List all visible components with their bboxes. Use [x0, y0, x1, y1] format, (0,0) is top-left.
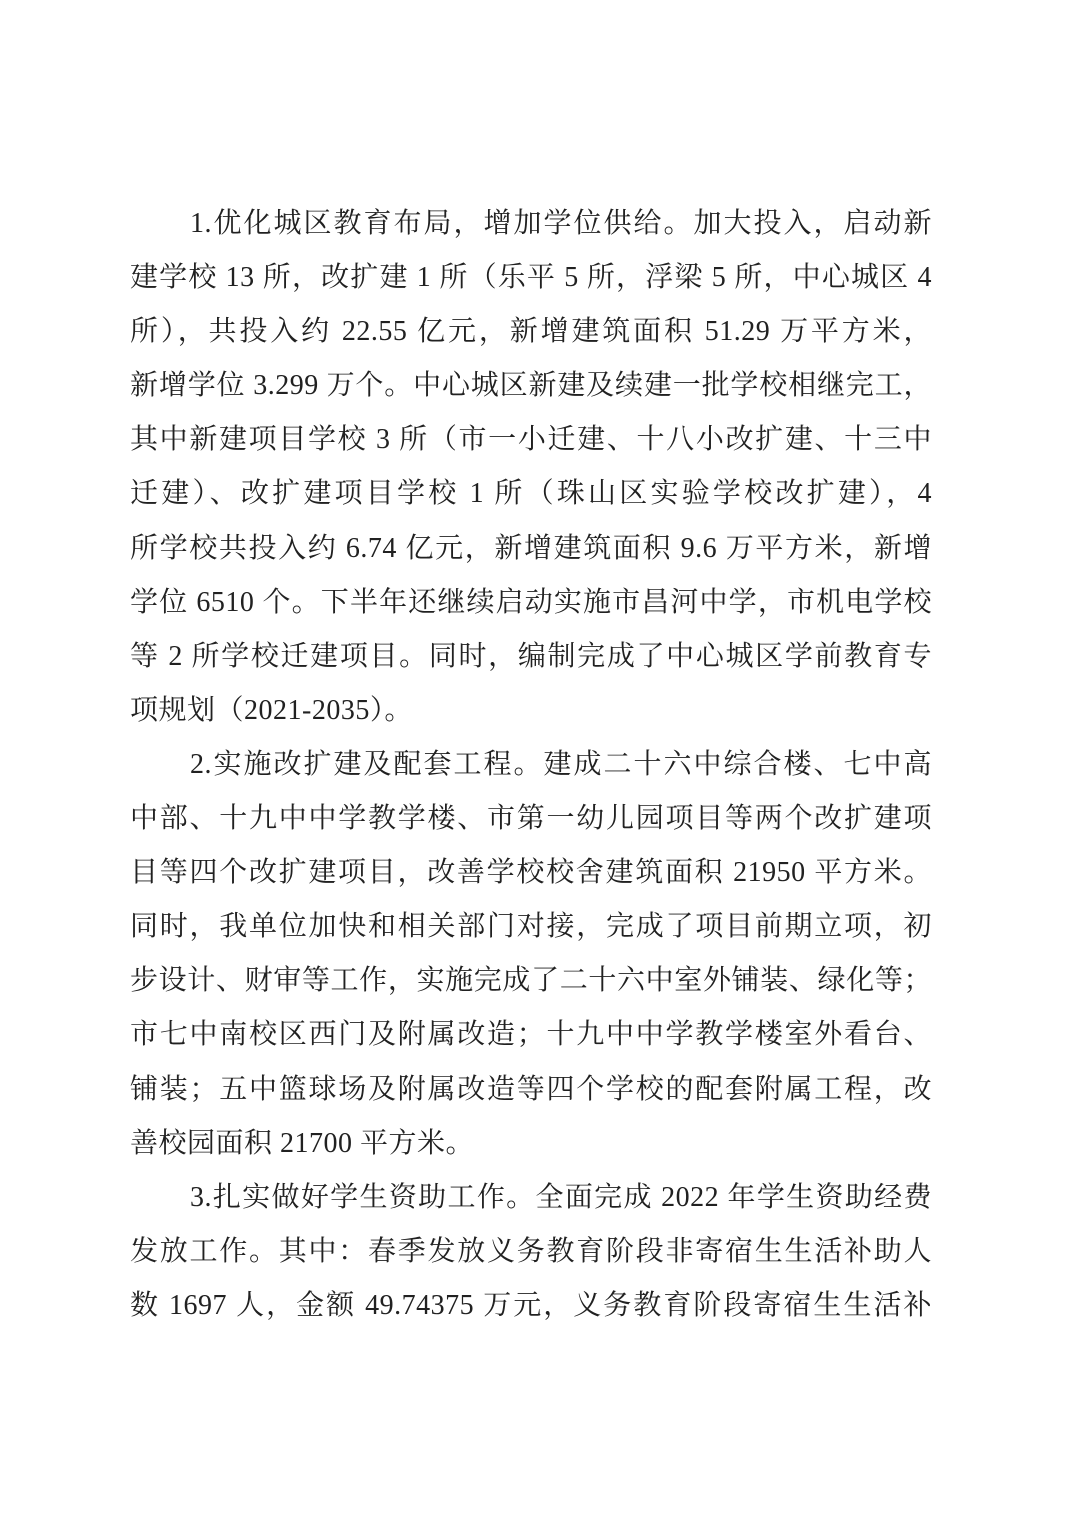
document-body-text: 1.优化城区教育布局，增加学位供给。加大投入，启动新建学校 13 所，改扩建 1…: [130, 197, 932, 1333]
paragraph-2-line-7: 铺装；五中篮球场及附属改造等四个学校的配套附属工程，改: [130, 1063, 932, 1117]
paragraph-2-line-1: 2.实施改扩建及配套工程。建成二十六中综合楼、七中高: [130, 738, 932, 792]
paragraph-2-line-6: 市七中南校区西门及附属改造；十九中中学教学楼室外看台、: [130, 1008, 932, 1062]
document-page: 1.优化城区教育布局，增加学位供给。加大投入，启动新建学校 13 所，改扩建 1…: [0, 0, 1074, 1520]
paragraph-2-line-3: 目等四个改扩建项目，改善学校校舍建筑面积 21950 平方米。: [130, 846, 932, 900]
paragraph-2: 2.实施改扩建及配套工程。建成二十六中综合楼、七中高中部、十九中中学教学楼、市第…: [130, 738, 932, 1171]
paragraph-2-line-8: 善校园面积 21700 平方米。: [130, 1117, 932, 1171]
paragraph-1-line-7: 所学校共投入约 6.74 亿元，新增建筑面积 9.6 万平方米，新增: [130, 522, 932, 576]
paragraph-1-line-4: 新增学位 3.299 万个。中心城区新建及续建一批学校相继完工，: [130, 359, 932, 413]
paragraph-2-line-4: 同时，我单位加快和相关部门对接，完成了项目前期立项，初: [130, 900, 932, 954]
paragraph-3-line-2: 发放工作。其中：春季发放义务教育阶段非寄宿生生活补助人: [130, 1225, 932, 1279]
paragraph-1-line-8: 学位 6510 个。下半年还继续启动实施市昌河中学，市机电学校: [130, 576, 932, 630]
paragraph-1-line-10: 项规划（2021-2035）。: [130, 684, 932, 738]
paragraph-1-line-5: 其中新建项目学校 3 所（市一小迁建、十八小改扩建、十三中: [130, 413, 932, 467]
paragraph-1-line-6: 迁建）、改扩建项目学校 1 所（珠山区实验学校改扩建），4: [130, 467, 932, 521]
paragraph-1-line-1: 1.优化城区教育布局，增加学位供给。加大投入，启动新: [130, 197, 932, 251]
paragraph-3: 3.扎实做好学生资助工作。全面完成 2022 年学生资助经费发放工作。其中：春季…: [130, 1171, 932, 1333]
paragraph-1: 1.优化城区教育布局，增加学位供给。加大投入，启动新建学校 13 所，改扩建 1…: [130, 197, 932, 738]
paragraph-1-line-2: 建学校 13 所，改扩建 1 所（乐平 5 所，浮梁 5 所，中心城区 4: [130, 251, 932, 305]
paragraph-1-line-9: 等 2 所学校迁建项目。同时，编制完成了中心城区学前教育专: [130, 630, 932, 684]
paragraph-2-line-5: 步设计、财审等工作，实施完成了二十六中室外铺装、绿化等；: [130, 954, 932, 1008]
paragraph-3-line-1: 3.扎实做好学生资助工作。全面完成 2022 年学生资助经费: [130, 1171, 932, 1225]
paragraph-2-line-2: 中部、十九中中学教学楼、市第一幼儿园项目等两个改扩建项: [130, 792, 932, 846]
paragraph-3-line-3: 数 1697 人，金额 49.74375 万元，义务教育阶段寄宿生生活补: [130, 1279, 932, 1333]
paragraph-1-line-3: 所），共投入约 22.55 亿元，新增建筑面积 51.29 万平方米，: [130, 305, 932, 359]
